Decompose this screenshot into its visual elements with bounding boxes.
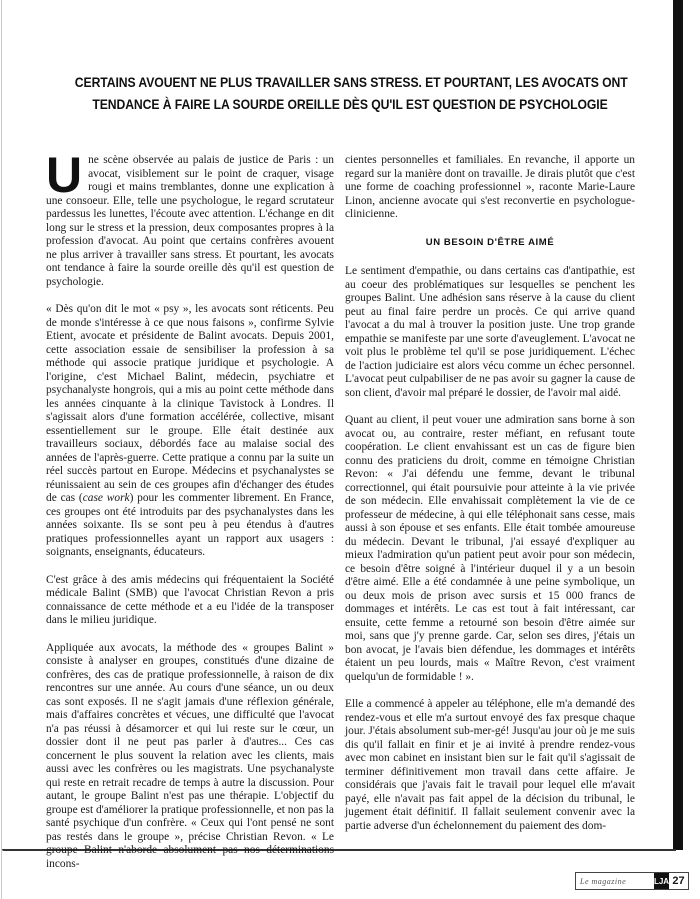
headline-line-2: TENDANCE À FAIRE LA SOURDE OREILLE DÈS Q… [75,94,625,116]
smb-paragraph: C'est grâce à des amis médecins qui fréq… [46,574,334,628]
lja-logo-icon: LJA [654,873,669,889]
page-number: 27 [669,873,688,889]
page-left-edge [1,0,2,899]
magazine-label: Le magazine [576,873,654,889]
page-footer: Le magazine LJA 27 [575,872,689,890]
coaching-paragraph: cientes personnelles et familiales. En r… [345,154,635,222]
method-paragraph: Appliquée aux avocats, la méthode des « … [46,642,334,872]
client-paragraph: Quant au client, il peut vouer une admir… [345,414,635,684]
headline-line-1: CERTAINS AVOUENT NE PLUS TRAVAILLER SANS… [75,72,625,94]
left-column: Une scène observée au palais de justice … [46,154,334,885]
right-column: cientes personnelles et familiales. En r… [345,154,635,847]
empathy-paragraph: Le sentiment d'empathie, ou dans certain… [345,265,635,400]
section-heading: UN BESOIN D'ÊTRE AIMÉ [345,236,635,250]
drop-cap: U [46,156,82,194]
phone-paragraph: Elle a commencé à appeler au téléphone, … [345,698,635,833]
balint-history-paragraph: « Dès qu'on dit le mot « psy », les avoc… [46,303,334,560]
page-edge-bar [673,0,683,850]
intro-paragraph: Une scène observée au palais de justice … [46,154,334,289]
article-headline: CERTAINS AVOUENT NE PLUS TRAVAILLER SANS… [75,72,625,116]
